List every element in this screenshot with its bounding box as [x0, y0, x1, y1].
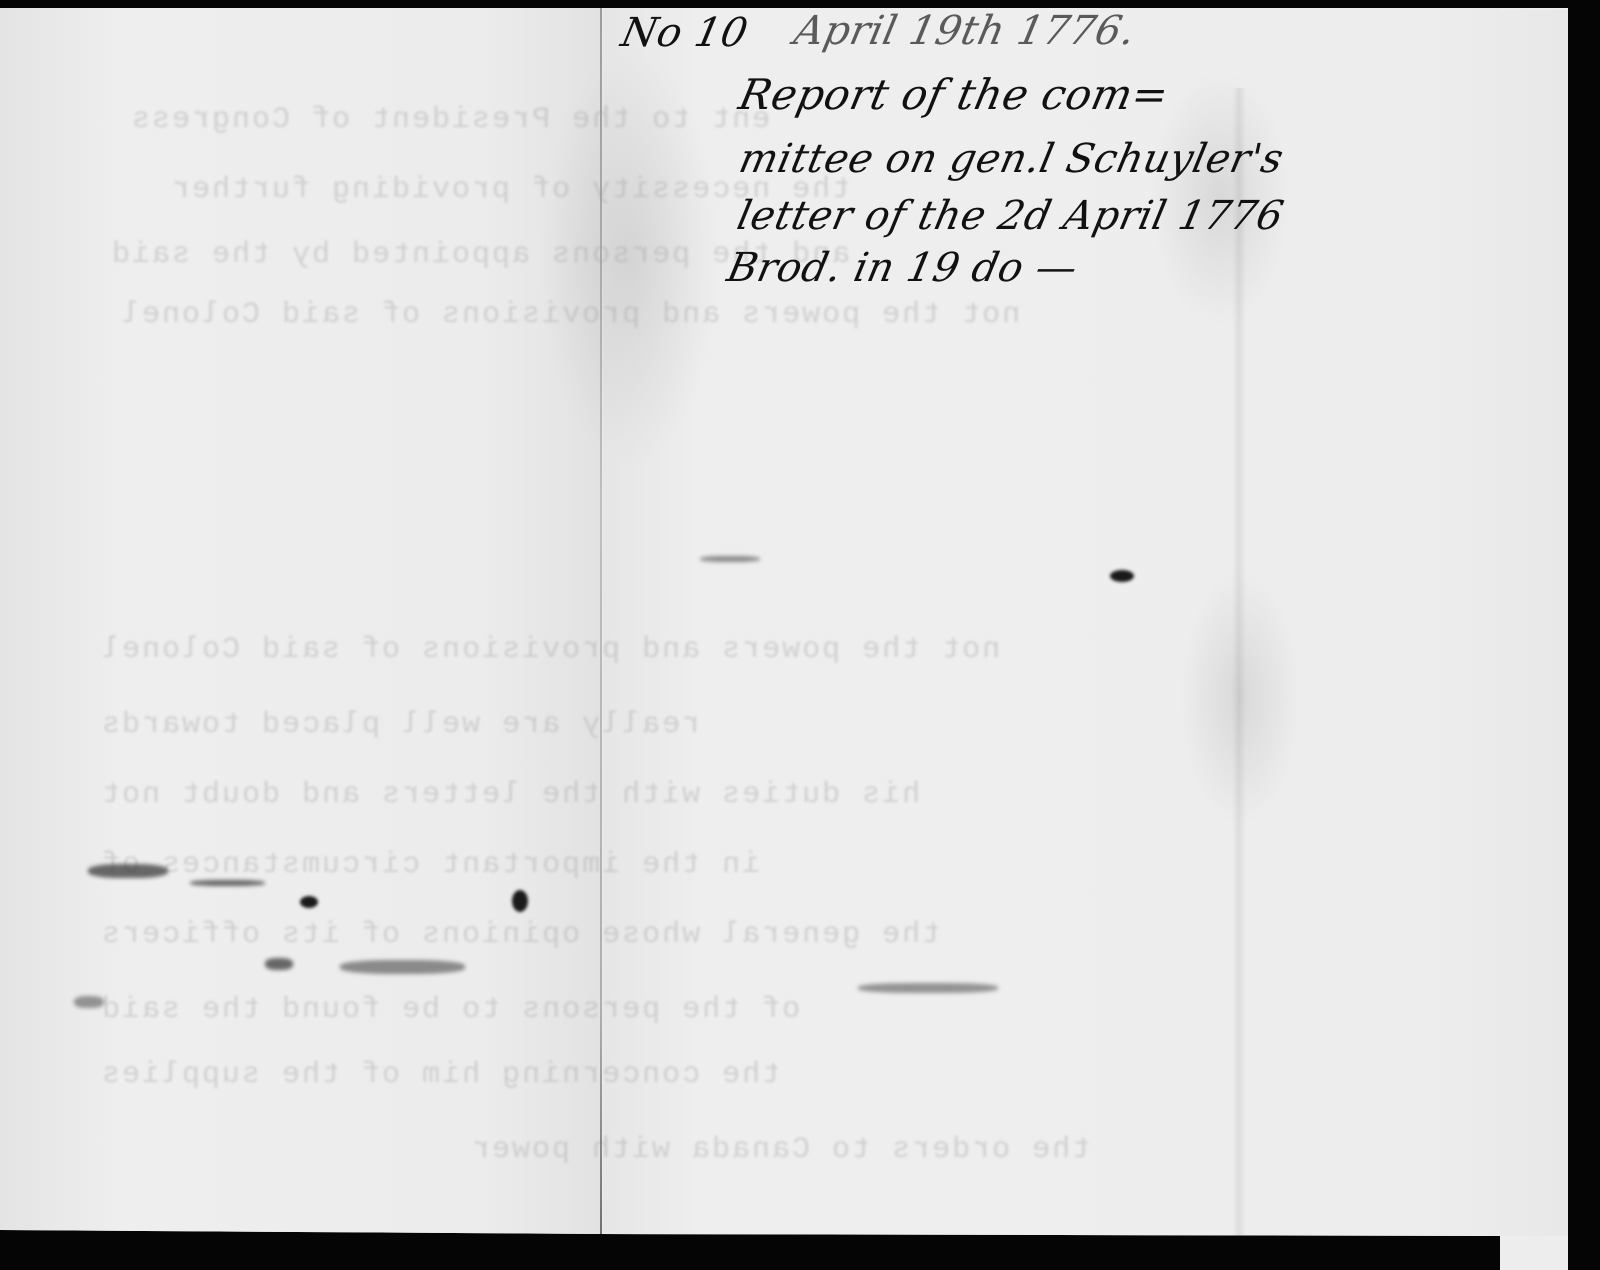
- ink-smudge: [88, 864, 168, 878]
- bleed-through-line: not the powers and provisions of said Co…: [100, 633, 1000, 667]
- bleed-through-line: the general whose opinions of its office…: [100, 918, 940, 952]
- ink-blot: [512, 890, 528, 912]
- docket-number: No 10: [617, 10, 752, 56]
- ink-smudge: [190, 880, 265, 886]
- ink-blot: [300, 896, 318, 908]
- ink-smudge: [340, 960, 465, 974]
- ink-smudge: [265, 958, 293, 970]
- handwritten-endorsement: No 10 April 19th 1776. Report of the com…: [620, 8, 1260, 308]
- endorsement-line-1: Report of the com=: [735, 70, 1174, 119]
- endorsement-line-3: letter of the 2d April 1776: [733, 193, 1288, 239]
- docket-date: April 19th 1776.: [790, 8, 1140, 54]
- bleed-through-line: his duties with the letters and doubt no…: [100, 778, 920, 812]
- ink-smudge: [858, 983, 998, 993]
- endorsement-line-2: mittee on gen.l Schuyler's: [735, 136, 1288, 182]
- center-fold: [600, 8, 602, 1263]
- bleed-through-line: the orders to Canada with power: [470, 1133, 1090, 1167]
- endorsement-line-4: Brod. in 19 do —: [723, 245, 1082, 291]
- ink-blot: [1110, 570, 1134, 582]
- ink-smudge: [700, 556, 760, 562]
- document-sheet: ent to the President of Congress the nec…: [0, 8, 1568, 1263]
- bleed-through-line: of the persons to be found the said: [100, 993, 800, 1027]
- ink-smudge: [74, 996, 104, 1008]
- bleed-through-line: the concerning him of the supplies: [100, 1058, 780, 1092]
- bleed-through-line: really are well placed towards: [100, 708, 700, 742]
- bleed-through-line: in the important circumstances of: [100, 848, 760, 882]
